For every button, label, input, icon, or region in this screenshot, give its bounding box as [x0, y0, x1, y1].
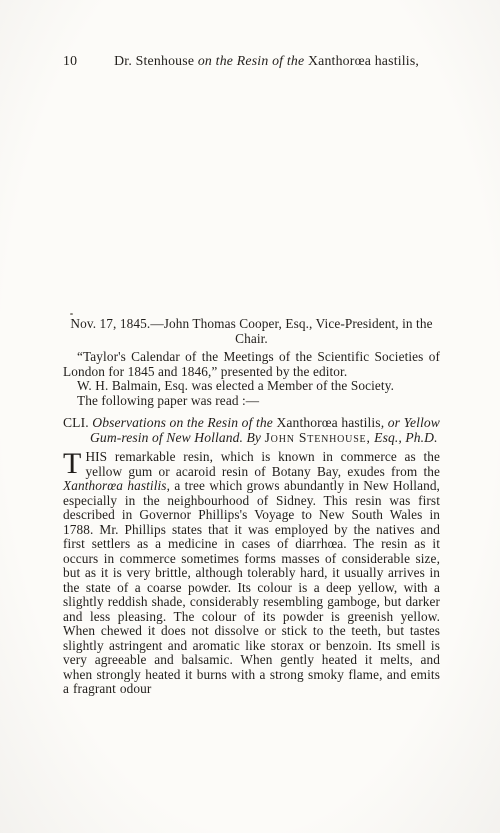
running-title-italic: on the Resin of the: [198, 53, 305, 68]
body-text-1: HIS remarkable resin, which is known in …: [85, 449, 440, 479]
running-title-roman-2: Xanthorœa hastilis,: [304, 53, 419, 68]
running-title: Dr. Stenhouse on the Resin of the Xantho…: [93, 53, 440, 69]
meeting-notice-line-1: Nov. 17, 1845.—John Thomas Cooper, Esq.,…: [63, 317, 440, 332]
minutes-paper-read: The following paper was read :—: [63, 394, 440, 409]
running-header: 10 Dr. Stenhouse on the Resin of the Xan…: [63, 53, 440, 69]
article-title-italic-1: Observations on the Resin of the: [92, 415, 276, 430]
body-species-italic: Xanthorœa hastilis: [63, 478, 167, 493]
article-heading: CLI. Observations on the Resin of the Xa…: [63, 415, 440, 445]
running-title-roman-1: Dr. Stenhouse: [114, 53, 198, 68]
minutes-balmain-elected: W. H. Balmain, Esq. was elected a Member…: [63, 379, 440, 394]
article-body-paragraph: THIS remarkable resin, which is known in…: [63, 450, 440, 697]
article-author-name: John Stenhouse,: [265, 430, 371, 445]
scan-speck: [70, 313, 73, 315]
meeting-notice-line-2: Chair.: [63, 332, 440, 347]
page-number: 10: [63, 53, 77, 69]
article-title-species: Xanthorœa hastilis: [277, 415, 381, 430]
drop-cap: T: [63, 450, 85, 477]
scanned-journal-page: 10 Dr. Stenhouse on the Resin of the Xan…: [0, 0, 500, 833]
body-text-2: , a tree which grows abundantly in New H…: [63, 478, 440, 696]
page-content: Nov. 17, 1845.—John Thomas Cooper, Esq.,…: [63, 317, 440, 697]
article-number: CLI.: [63, 415, 92, 430]
minutes-taylor-calendar: “Taylor's Calendar of the Meetings of th…: [63, 350, 440, 379]
article-author-titles: Esq., Ph.D.: [371, 430, 438, 445]
